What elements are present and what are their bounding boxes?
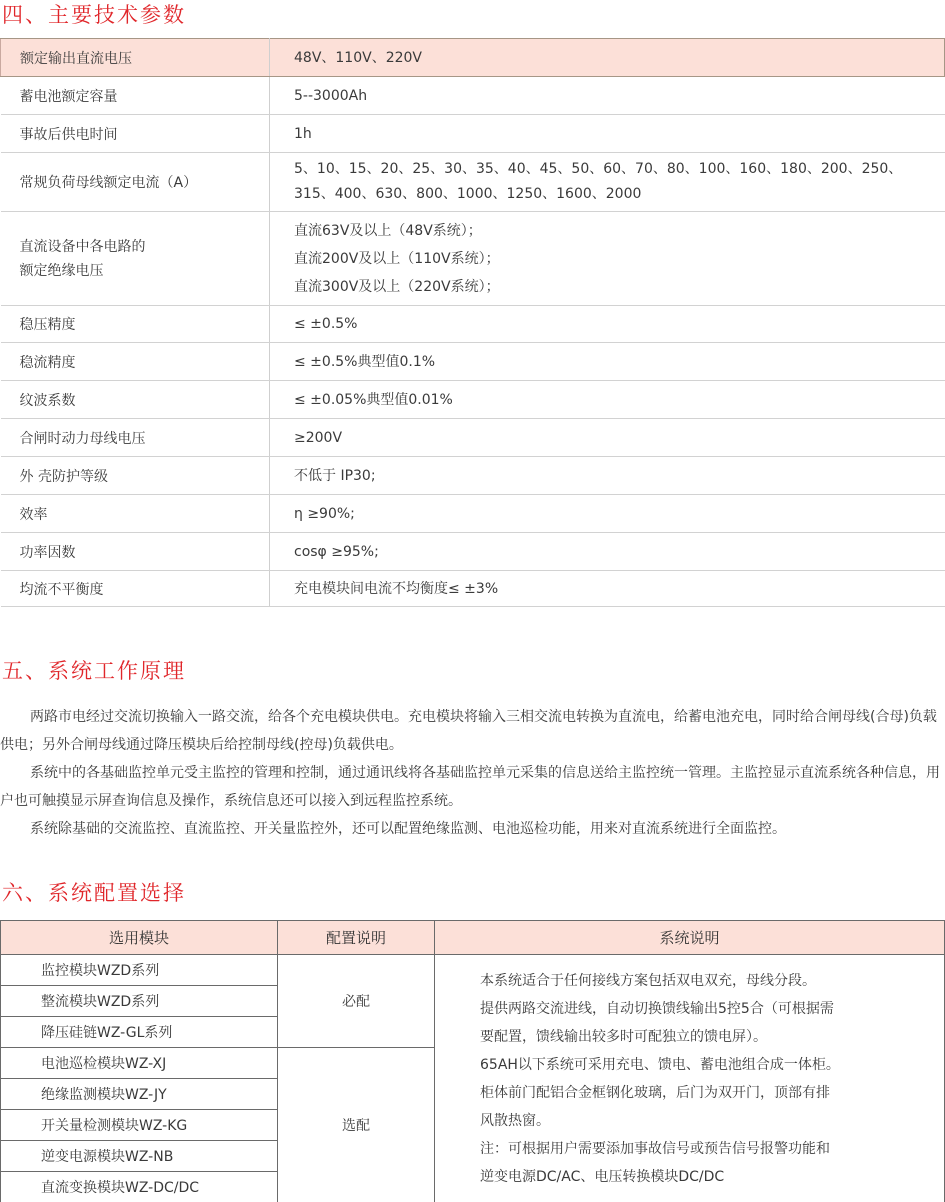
spec-key: 蓄电池额定容量 xyxy=(1,77,270,115)
spec-key: 事故后供电时间 xyxy=(1,115,270,153)
spec-value: 5、10、15、20、25、30、35、40、45、50、60、70、80、10… xyxy=(270,153,945,212)
description-line: 提供两路交流进线，自动切换馈线输出5控5合（可根据需 xyxy=(480,995,944,1023)
spec-value: 直流63V及以上（48V系统）； 直流200V及以上（110V系统）； 直流30… xyxy=(270,212,945,306)
module-name: 整流模块WZD系列 xyxy=(1,986,278,1017)
spec-key-line: 额定绝缘电压 xyxy=(20,259,270,283)
spec-value-line: 315、400、630、800、1000、1250、1600、2000 xyxy=(294,182,945,207)
table-row: 稳压精度 ≤ ±0.5% xyxy=(1,306,945,343)
description-line: 逆变电源DC/AC、电压转换模块DC/DC xyxy=(480,1163,944,1191)
table-row: 直流设备中各电路的 额定绝缘电压 直流63V及以上（48V系统）； 直流200V… xyxy=(1,212,945,306)
spec-value-line: 直流300V及以上（220V系统）； xyxy=(294,273,945,301)
spec-key: 外 壳防护等级 xyxy=(1,457,270,495)
header-config: 配置说明 xyxy=(278,921,435,955)
table-row: 纹波系数 ≤ ±0.05%典型值0.01% xyxy=(1,381,945,419)
description-line: 风散热窗。 xyxy=(480,1107,944,1135)
spec-value: cosφ ≥95%; xyxy=(270,533,945,571)
module-name: 监控模块WZD系列 xyxy=(1,955,278,986)
table-row: 功率因数 cosφ ≥95%; xyxy=(1,533,945,571)
spec-key: 功率因数 xyxy=(1,533,270,571)
paragraph: 两路市电经过交流切换输入一路交流，给各个充电模块供电。充电模块将输入三相交流电转… xyxy=(0,703,945,759)
header-description: 系统说明 xyxy=(435,921,945,955)
module-name: 降压硅链WZ-GL系列 xyxy=(1,1017,278,1048)
spec-value: ≤ ±0.5% xyxy=(270,306,945,343)
config-table: 选用模块 配置说明 系统说明 监控模块WZD系列 必配 本系统适合于任何接线方案… xyxy=(0,920,945,1202)
description-line: 柜体前门配铝合金框钢化玻璃，后门为双开门，顶部有排 xyxy=(480,1079,944,1107)
spec-key: 稳压精度 xyxy=(1,306,270,343)
spec-value: 5--3000Ah xyxy=(270,77,945,115)
table-row: 监控模块WZD系列 必配 本系统适合于任何接线方案包括双电双充，母线分段。 提供… xyxy=(1,955,945,986)
description-line: 本系统适合于任何接线方案包括双电双充，母线分段。 xyxy=(480,967,944,995)
module-name: 开关量检测模块WZ-KG xyxy=(1,1110,278,1141)
spec-value: ≤ ±0.05%典型值0.01% xyxy=(270,381,945,419)
table-header-row: 选用模块 配置说明 系统说明 xyxy=(1,921,945,955)
paragraph: 系统中的各基础监控单元受主监控的管理和控制，通过通讯线将各基础监控单元采集的信息… xyxy=(0,759,945,815)
spec-value: 48V、110V、220V xyxy=(270,39,945,77)
principle-text: 两路市电经过交流切换输入一路交流，给各个充电模块供电。充电模块将输入三相交流电转… xyxy=(0,703,945,843)
module-name: 绝缘监测模块WZ-JY xyxy=(1,1079,278,1110)
table-row: 外 壳防护等级 不低于 IP30; xyxy=(1,457,945,495)
spec-key: 均流不平衡度 xyxy=(1,571,270,607)
spec-value: 1h xyxy=(270,115,945,153)
system-description: 本系统适合于任何接线方案包括双电双充，母线分段。 提供两路交流进线，自动切换馈线… xyxy=(435,955,945,1202)
spec-value-line: 直流63V及以上（48V系统）； xyxy=(294,217,945,245)
spec-value: 不低于 IP30; xyxy=(270,457,945,495)
spec-key: 常规负荷母线额定电流（A） xyxy=(1,153,270,212)
module-name: 直流变换模块WZ-DC/DC xyxy=(1,1172,278,1202)
spec-key: 直流设备中各电路的 额定绝缘电压 xyxy=(1,212,270,306)
table-row: 事故后供电时间 1h xyxy=(1,115,945,153)
table-row: 稳流精度 ≤ ±0.5%典型值0.1% xyxy=(1,343,945,381)
table-row: 蓄电池额定容量 5--3000Ah xyxy=(1,77,945,115)
table-row: 额定输出直流电压 48V、110V、220V xyxy=(1,39,945,77)
spec-key: 纹波系数 xyxy=(1,381,270,419)
description-line: 65AH以下系统可采用充电、馈电、蓄电池组合成一体柜。 xyxy=(480,1051,944,1079)
description-line: 注：可根据用户需要添加事故信号或预告信号报警功能和 xyxy=(480,1135,944,1163)
spec-value: ≥200V xyxy=(270,419,945,457)
table-row: 合闸时动力母线电压 ≥200V xyxy=(1,419,945,457)
table-row: 效率 η ≥90%; xyxy=(1,495,945,533)
spec-key: 额定输出直流电压 xyxy=(1,39,270,77)
spec-key: 稳流精度 xyxy=(1,343,270,381)
spec-value-line: 直流200V及以上（110V系统）； xyxy=(294,245,945,273)
section-title-specs: 四、主要技术参数 xyxy=(2,0,186,29)
table-row: 均流不平衡度 充电模块间电流不均衡度≤ ±3% xyxy=(1,571,945,607)
module-name: 逆变电源模块WZ-NB xyxy=(1,1141,278,1172)
config-group-required: 必配 xyxy=(278,955,435,1048)
spec-value-line: 5、10、15、20、25、30、35、40、45、50、60、70、80、10… xyxy=(294,157,945,182)
config-group-optional: 选配 xyxy=(278,1048,435,1202)
description-line: 要配置，馈线输出较多时可配独立的馈电屏）。 xyxy=(480,1023,944,1051)
header-module: 选用模块 xyxy=(1,921,278,955)
spec-table: 额定输出直流电压 48V、110V、220V 蓄电池额定容量 5--3000Ah… xyxy=(0,38,945,607)
spec-key: 效率 xyxy=(1,495,270,533)
spec-value: 充电模块间电流不均衡度≤ ±3% xyxy=(270,571,945,607)
spec-key: 合闸时动力母线电压 xyxy=(1,419,270,457)
section-title-config: 六、系统配置选择 xyxy=(2,877,186,907)
section-title-principle: 五、系统工作原理 xyxy=(2,655,186,685)
spec-key-line: 直流设备中各电路的 xyxy=(20,235,270,259)
paragraph: 系统除基础的交流监控、直流监控、开关量监控外，还可以配置绝缘监测、电池巡检功能，… xyxy=(0,815,945,843)
module-name: 电池巡检模块WZ-XJ xyxy=(1,1048,278,1079)
spec-value: η ≥90%; xyxy=(270,495,945,533)
spec-value: ≤ ±0.5%典型值0.1% xyxy=(270,343,945,381)
table-row: 常规负荷母线额定电流（A） 5、10、15、20、25、30、35、40、45、… xyxy=(1,153,945,212)
